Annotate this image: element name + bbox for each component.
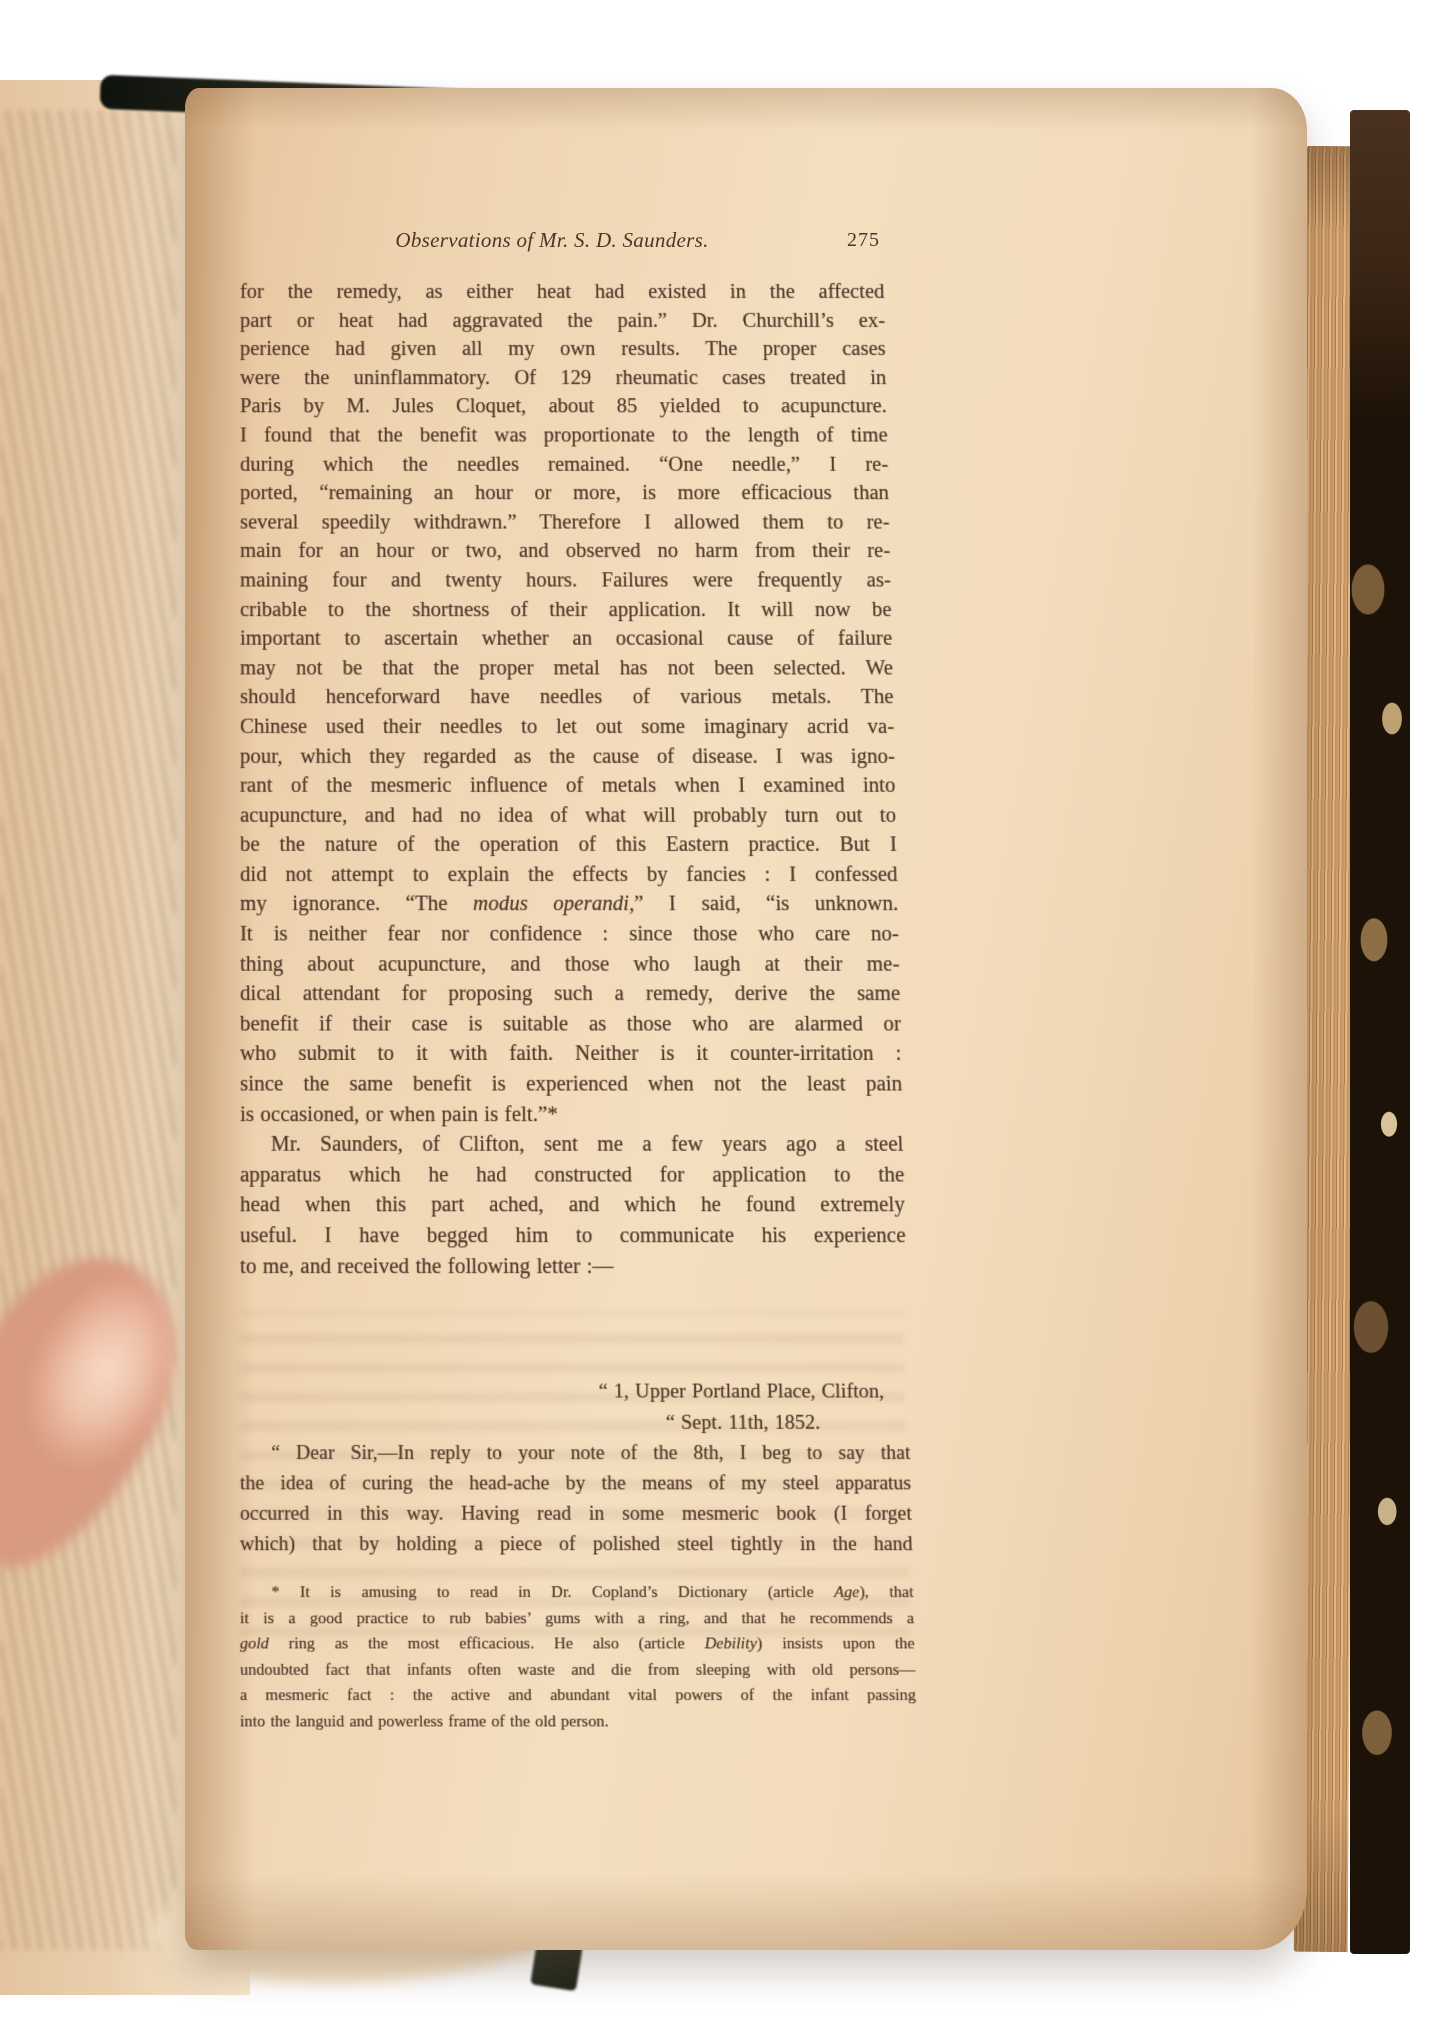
text-line: several speedily withdrawn.” Therefore I… xyxy=(240,508,890,537)
letter-body: “ Dear Sir,—In reply to your note of the… xyxy=(240,1439,913,1560)
text-line: maining four and twenty hours. Failures … xyxy=(240,566,891,595)
text-line: I found that the benefit was proportiona… xyxy=(240,421,888,450)
text-line: gold ring as the most efficacious. He al… xyxy=(240,1631,915,1657)
text-line: the idea of curing the head-ache by the … xyxy=(240,1469,912,1499)
book-page: Observations of Mr. S. D. Saunders. 275 … xyxy=(185,88,1307,1950)
text-line: * It is amusing to read in Dr. Copland’s… xyxy=(240,1580,914,1606)
text-line: important to ascertain whether an occasi… xyxy=(240,624,892,653)
text-line: were the uninflammatory. Of 129 rheumati… xyxy=(240,364,887,393)
text-line: my ignorance. “The modus operandi,” I sa… xyxy=(240,890,898,920)
text-line: be the nature of the operation of this E… xyxy=(240,830,897,860)
text-line: Mr. Saunders, of Clifton, sent me a few … xyxy=(240,1130,904,1160)
text-line: should henceforward have needles of vari… xyxy=(240,683,894,712)
text-line: main for an hour or two, and observed no… xyxy=(240,537,890,566)
text-line: occurred in this way. Having read in som… xyxy=(240,1499,912,1529)
text-line: Paris by M. Jules Cloquet, about 85 yiel… xyxy=(240,393,887,422)
paragraph-1: for the remedy, as either heat had exist… xyxy=(240,278,903,1130)
text-line: did not attempt to explain the effects b… xyxy=(240,860,898,890)
text-line: head when this part ached, and which he … xyxy=(240,1190,905,1220)
text-line: ported, “remaining an hour or more, is m… xyxy=(240,479,889,508)
letter-address: “ 1, Upper Portland Place, Clifton, xyxy=(240,1376,909,1407)
letter-date: “ Sept. 11th, 1852. xyxy=(240,1407,910,1438)
footnote: * It is amusing to read in Dr. Copland’s… xyxy=(240,1580,917,1735)
marbled-board-edge xyxy=(1350,110,1410,1954)
running-header: Observations of Mr. S. D. Saunders. 275 xyxy=(240,228,884,262)
text-line: It is neither fear nor confidence : sinc… xyxy=(240,920,899,950)
text-line: useful. I have begged him to communicate… xyxy=(240,1221,906,1251)
text-line: Chinese used their needles to let out so… xyxy=(240,712,894,741)
page-number: 275 xyxy=(847,229,880,252)
text-line: may not be that the proper metal has not… xyxy=(240,654,893,683)
text-line: who submit to it with faith. Neither is … xyxy=(240,1039,902,1069)
book-photo: Observations of Mr. S. D. Saunders. 275 … xyxy=(0,0,1445,2023)
text-line: cribable to the shortness of their appli… xyxy=(240,595,892,624)
text-line: into the languid and powerless frame of … xyxy=(240,1708,917,1734)
text-line: undoubted fact that infants often waste … xyxy=(240,1657,916,1683)
letter-block: “ 1, Upper Portland Place, Clifton, “ Se… xyxy=(240,1376,913,1560)
text-line: to me, and received the following letter… xyxy=(240,1251,907,1282)
paragraph-2: Mr. Saunders, of Clifton, sent me a few … xyxy=(240,1130,907,1282)
text-line: during which the needles remained. “One … xyxy=(240,450,889,479)
text-line: is occasioned, or when pain is felt.”* xyxy=(240,1100,903,1130)
text-line: a mesmeric fact : the active and abundan… xyxy=(240,1683,916,1709)
text-line: pour, which they regarded as the cause o… xyxy=(240,742,895,771)
text-line: thing about acupuncture, and those who l… xyxy=(240,949,900,979)
text-line: since the same benefit is experienced wh… xyxy=(240,1069,902,1099)
text-line: for the remedy, as either heat had exist… xyxy=(240,278,885,307)
text-line: part or heat had aggravated the pain.” D… xyxy=(240,307,885,336)
text-line: perience had given all my own results. T… xyxy=(240,335,886,364)
text-column: for the remedy, as either heat had exist… xyxy=(240,278,919,1835)
text-line: “ Dear Sir,—In reply to your note of the… xyxy=(240,1439,911,1469)
text-line: acupuncture, and had no idea of what wil… xyxy=(240,801,896,831)
running-header-title: Observations of Mr. S. D. Saunders. xyxy=(280,228,824,253)
text-line: which) that by holding a piece of polish… xyxy=(240,1530,913,1560)
text-line: rant of the mesmeric influence of metals… xyxy=(240,771,896,801)
text-line: apparatus which he had constructed for a… xyxy=(240,1160,905,1190)
text-line: dical attendant for proposing such a rem… xyxy=(240,979,900,1009)
text-line: benefit if their case is suitable as tho… xyxy=(240,1009,901,1039)
text-line: it is a good practice to rub babies’ gum… xyxy=(240,1605,914,1631)
